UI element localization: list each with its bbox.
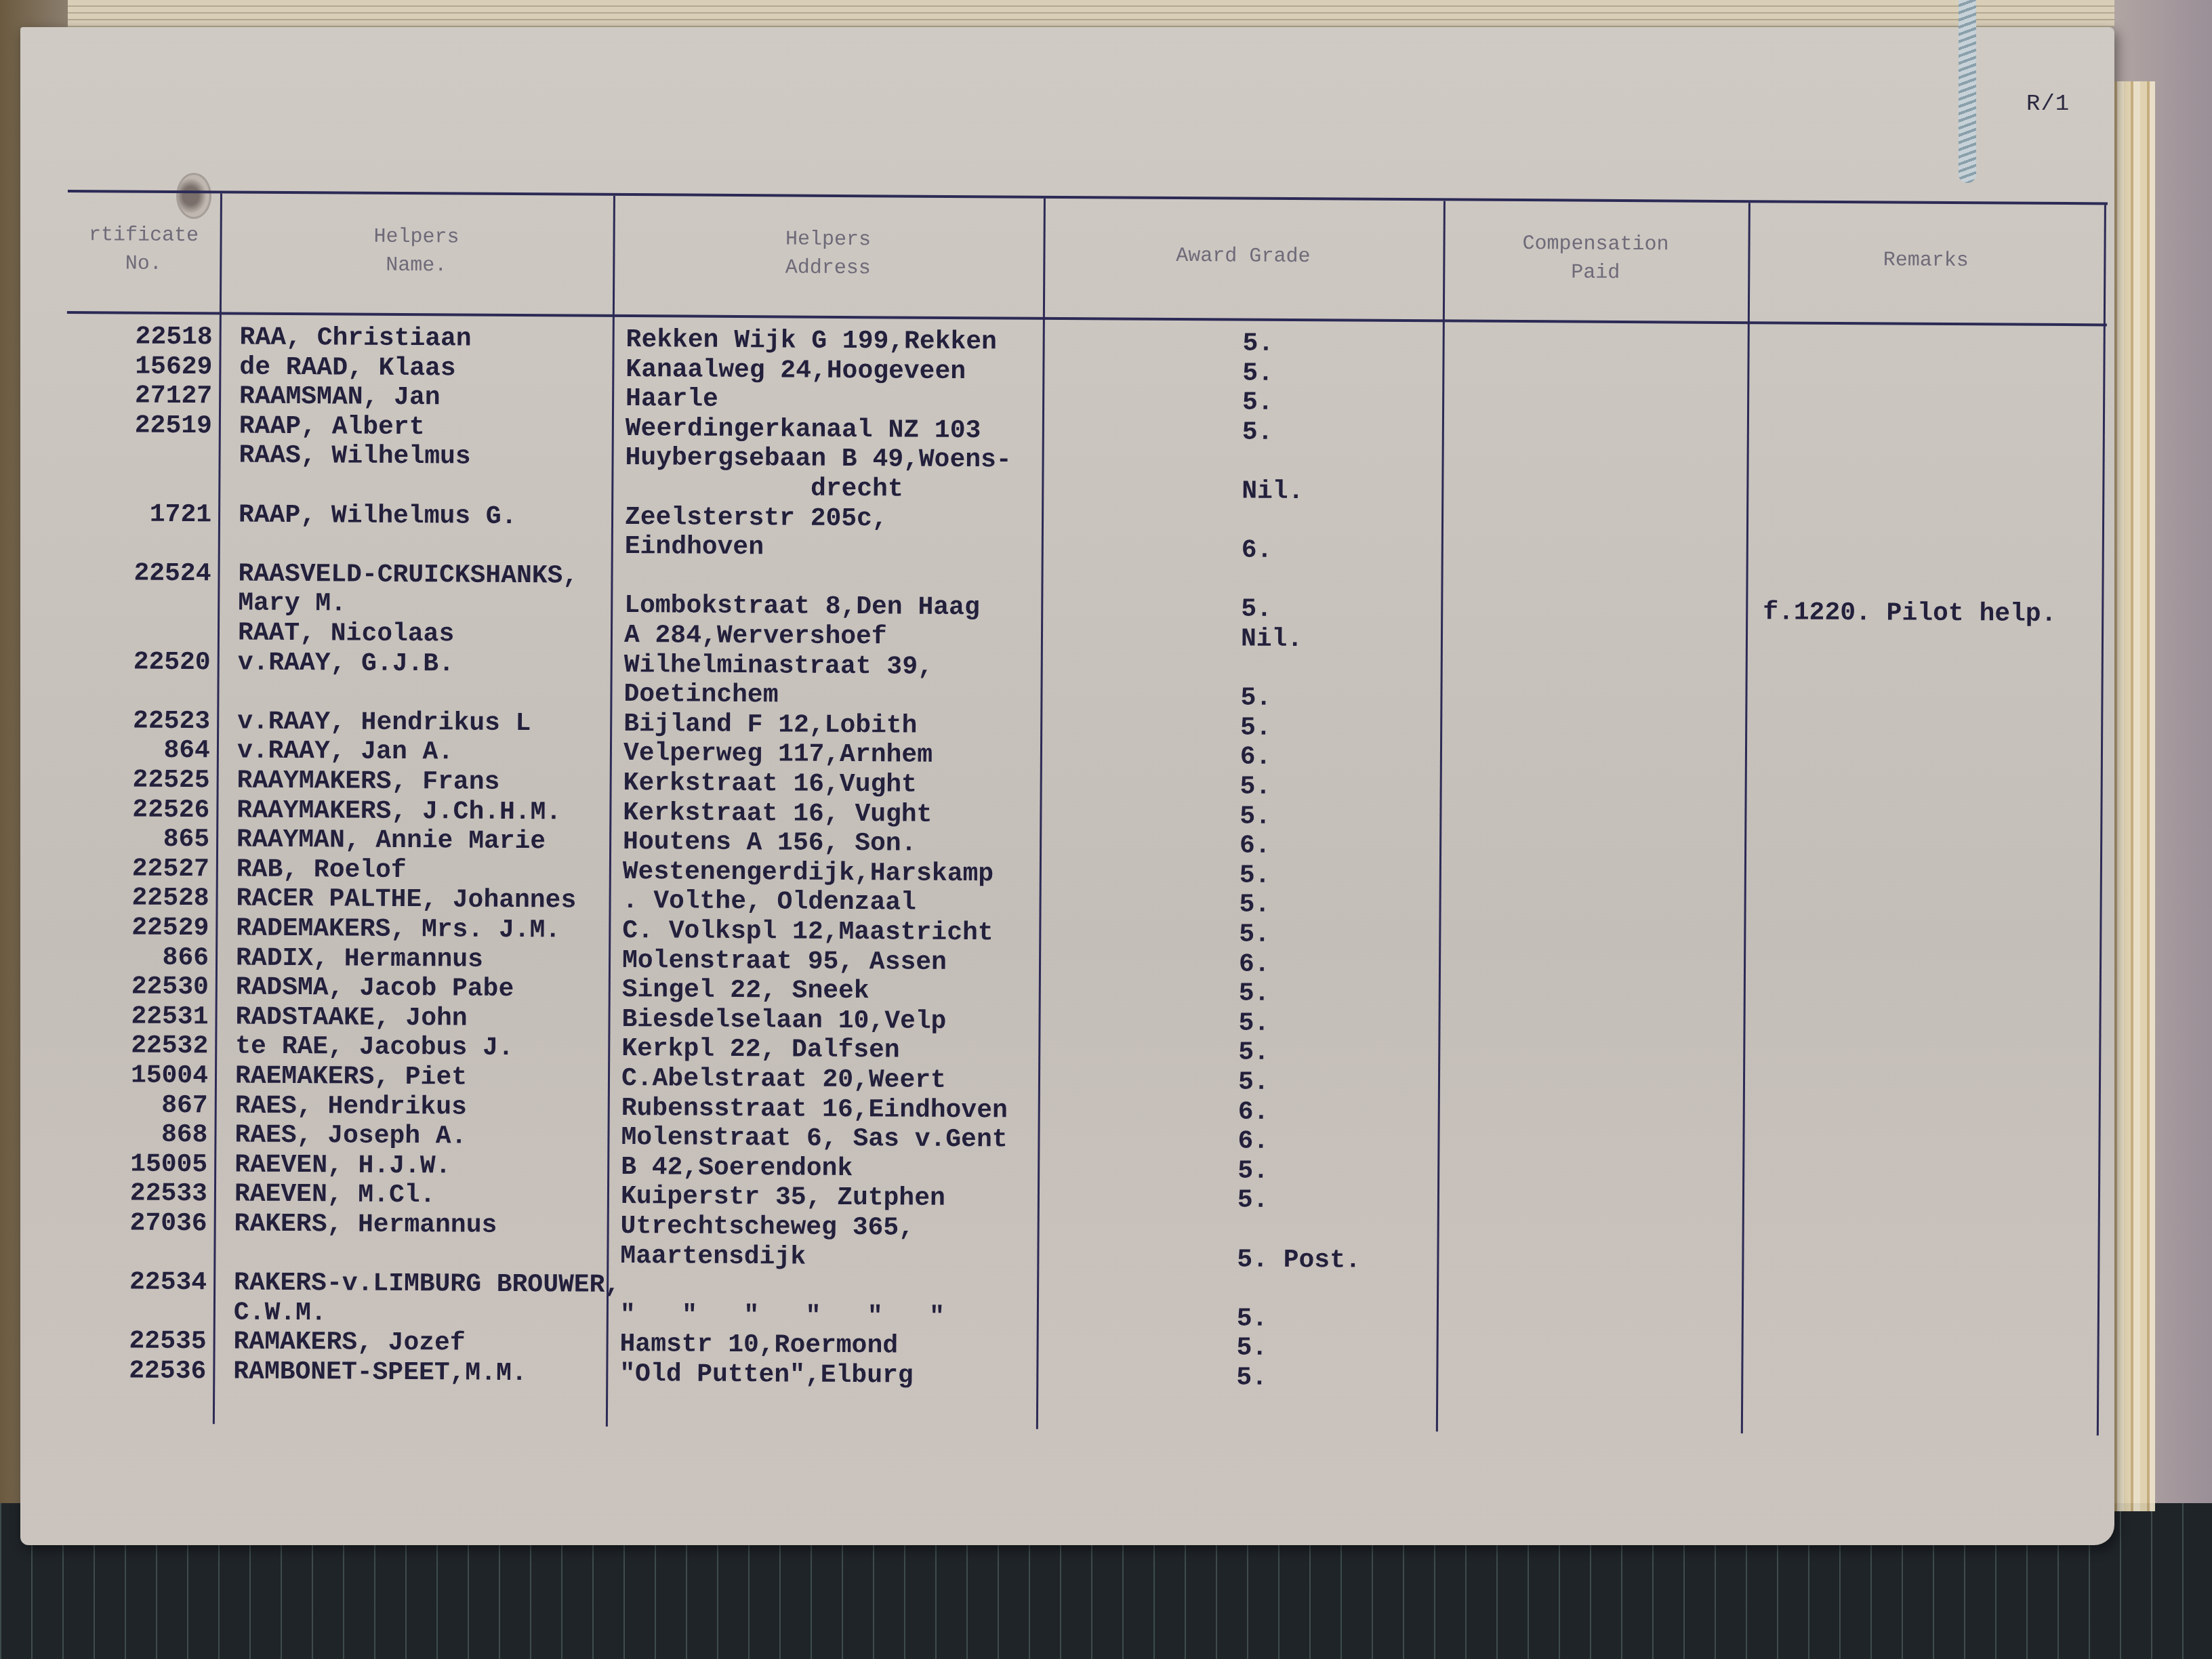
helper-address: Bijland F 12,Lobith (623, 710, 918, 741)
certificate-number: 27036 (62, 1208, 207, 1239)
column-header-remarks: Remarks (1748, 200, 2104, 321)
helper-address: Singel 22, Sneek (622, 975, 869, 1006)
certificate-number: 22536 (60, 1356, 206, 1387)
award-grade: 5. (1242, 417, 1273, 447)
helper-name: RAAP, Albert (239, 411, 425, 443)
column-header-certificate-no: rtificate No. (67, 190, 220, 309)
helper-address: Wilhelminastraat 39, (624, 651, 933, 682)
certificate-number: 22524 (65, 558, 211, 589)
helper-name: RAMBONET-SPEET,M.M. (233, 1357, 527, 1389)
helper-address: Kerkstraat 16,Vught (623, 769, 918, 800)
helper-address: Rekken Wijk G 199,Rekken (626, 325, 998, 357)
helper-address: Utrechtscheweg 365, (621, 1212, 915, 1244)
helper-name: C.W.M. (234, 1298, 327, 1328)
helper-address: Weerdingerkanaal NZ 103 (626, 414, 981, 446)
helper-name: RAAYMAN, Annie Marie (237, 825, 546, 857)
certificate-number: 15005 (62, 1149, 207, 1180)
certificate-number (66, 440, 212, 441)
helper-name: RAEMAKERS, Piet (235, 1062, 467, 1093)
certificate-number: 22525 (64, 765, 210, 796)
helper-address: Hamstr 10,Roermond (619, 1330, 898, 1361)
helper-name: RACER PALTHE, Johannes (236, 884, 576, 916)
helper-address: Molenstraat 95, Assen (622, 946, 947, 978)
certificate-number: 22519 (66, 411, 212, 441)
remarks: f.1220. Pilot help. (1763, 598, 2057, 630)
award-grade: 6. (1237, 1127, 1269, 1157)
award-grade: 5. (1239, 920, 1270, 950)
certificate-number: 15629 (66, 352, 212, 382)
helper-address: Lombokstraat 8,Den Haag (624, 591, 980, 623)
helper-address: Haarle (626, 384, 718, 415)
helper-name: te RAE, Jacobus J. (235, 1032, 514, 1064)
award-grade: 5. (1239, 979, 1270, 1009)
award-grade: Nil. (1242, 477, 1303, 508)
award-grade: 5. (1237, 1186, 1269, 1216)
certificate-number: 15004 (62, 1061, 208, 1091)
helper-name: RAA, Christiaan (240, 323, 472, 354)
helper-name: RADIX, Hermannus (236, 943, 483, 975)
helper-name: RAMAKERS, Jozef (233, 1328, 465, 1359)
helper-name: de RAAD, Klaas (239, 352, 456, 384)
helper-name: RAAT, Nicolaas (238, 619, 455, 650)
certificate-number: 864 (64, 735, 210, 766)
award-grade: 5. (1237, 1304, 1268, 1334)
helper-name: v.RAAY, Jan A. (237, 737, 454, 768)
helper-address: Zeelsterstr 205c, (625, 503, 888, 534)
certificate-number: 22518 (67, 322, 213, 352)
helper-name: RAAYMAKERS, Frans (237, 766, 500, 798)
award-grade: 5. (1240, 802, 1271, 832)
helper-address: . Volthe, Oldenzaal (622, 886, 916, 918)
helper-address: Velperweg 117,Arnhem (623, 739, 933, 771)
stacked-sheets-top (68, 0, 2114, 27)
helper-address: B 42,Soerendonk (621, 1153, 853, 1184)
award-grade: 6. (1238, 1097, 1269, 1127)
helper-name: Mary M. (238, 589, 346, 619)
helper-address: Huybergsebaan B 49,Woens- (625, 443, 1011, 475)
helper-address: Rubensstraat 16,Eindhoven (621, 1094, 1008, 1126)
certificate-number: 867 (62, 1090, 208, 1121)
helper-name: RAKERS-v.LIMBURG BROUWER, (234, 1269, 620, 1300)
helper-address: Eindhoven (625, 532, 764, 562)
certificate-number (65, 588, 211, 588)
certificate-number: 22535 (60, 1326, 206, 1357)
column-header-name: Helpers Name. (220, 190, 613, 312)
certificate-number: 22534 (61, 1267, 207, 1298)
helper-address: C.Abelstraat 20,Weert (621, 1064, 946, 1096)
helper-name: RAES, Joseph A. (234, 1121, 466, 1152)
certificate-number (65, 676, 211, 677)
award-grade: 5. (1240, 713, 1271, 743)
column-header-compensation-paid: Compensation Paid (1443, 198, 1748, 319)
certificate-number: 22533 (62, 1179, 207, 1209)
helper-address: drecht (625, 473, 903, 505)
helper-name: RAASVELD-CRUICKSHANKS, (238, 559, 578, 591)
helper-name: RADSMA, Jacob Pabe (236, 973, 514, 1005)
helper-address: A 284,Wervershoef (624, 621, 887, 652)
helper-address: Kuiperstr 35, Zutphen (621, 1182, 945, 1214)
award-grade: 5. (1241, 595, 1272, 625)
page-reference: R/1 (2026, 91, 2070, 117)
certificate-number: 27127 (66, 381, 212, 411)
certificate-number: 868 (62, 1120, 207, 1150)
award-grade: 5. (1238, 1008, 1269, 1038)
helper-name: RAAYMAKERS, J.Ch.H.M. (237, 796, 561, 827)
helper-address: Westenengerdijk,Harskamp (623, 857, 994, 889)
award-grade: 5. (1243, 329, 1274, 359)
award-grade: 5. (1240, 773, 1271, 802)
award-grade: 5. (1239, 890, 1270, 920)
column-header-address: Helpers Address (613, 193, 1044, 314)
certificate-number: 22532 (62, 1031, 208, 1061)
helper-name: v.RAAY, G.J.B. (238, 648, 455, 679)
certificate-number: 22531 (62, 1002, 208, 1032)
certificate-number: 22520 (65, 647, 211, 678)
award-grade: 6. (1242, 536, 1273, 566)
award-grade: 5. (1236, 1334, 1267, 1364)
certificate-number: 22528 (63, 883, 209, 914)
award-grade: 5. (1238, 1068, 1269, 1098)
certificate-number: 22530 (63, 972, 209, 1002)
helper-name: RADSTAAKE, John (235, 1002, 467, 1033)
award-grade: 5. (1242, 359, 1273, 388)
certificate-number (66, 529, 211, 529)
helper-address: Molenstraat 6, Sas v.Gent (621, 1123, 1007, 1155)
helper-name: RAEVEN, H.J.W. (234, 1150, 451, 1181)
helpers-ledger-table: rtificate No. Helpers Name. Helpers Addr… (60, 190, 2108, 1435)
certificate-number (66, 470, 211, 470)
worn-page-edges (2108, 81, 2155, 1511)
certificate-number: 22529 (63, 913, 209, 943)
helper-address: "Old Putten",Elburg (619, 1359, 914, 1391)
helper-name: RAES, Hendrikus (235, 1091, 467, 1122)
helper-address: Kerkstraat 16, Vught (623, 798, 932, 830)
award-grade: 5. (1240, 684, 1271, 714)
certificate-number: 865 (64, 824, 209, 855)
award-grade: 5. (1242, 388, 1273, 418)
award-grade: 6. (1240, 832, 1271, 861)
award-grade: 5. Post. (1237, 1245, 1361, 1275)
helper-name: RAAP, Wilhelmus G. (239, 500, 517, 532)
helper-name: RAKERS, Hermannus (234, 1210, 497, 1241)
helper-name: RAAMSMAN, Jan (239, 382, 441, 413)
helper-address: Kanaalweg 24,Hoogeveen (626, 355, 966, 387)
helper-address: " " " " " " (620, 1300, 945, 1332)
helper-address: Houtens A 156, Son. (623, 827, 917, 859)
award-grade: 5. (1237, 1156, 1269, 1186)
helper-address: Biesdelselaan 10,Velp (621, 1005, 946, 1037)
certificate-number: 866 (63, 943, 209, 973)
helper-name: RAAS, Wilhelmus (239, 441, 470, 472)
award-grade: 6. (1240, 743, 1271, 773)
certificate-number: 22523 (64, 706, 210, 737)
award-grade: 5. (1240, 861, 1271, 890)
certificate-number (62, 1238, 207, 1239)
helper-name: RADEMAKERS, Mrs. J.M. (236, 914, 560, 946)
binding-string (1959, 0, 1976, 183)
helper-name: RAEVEN, M.Cl. (234, 1180, 436, 1211)
certificate-number (61, 1297, 207, 1298)
award-grade: 5. (1238, 1038, 1269, 1068)
certificate-number: 22527 (64, 854, 209, 884)
certificate-number: 22526 (64, 795, 209, 825)
certificate-number: 1721 (66, 499, 211, 530)
column-header-award-grade: Award Grade (1043, 196, 1443, 317)
helper-address: C. Volkspl 12,Maastricht (622, 916, 994, 948)
award-grade: Nil. (1241, 625, 1303, 655)
helper-name: v.RAAY, Hendrikus L (237, 707, 531, 739)
helper-address: Kerkpl 22, Dalfsen (621, 1034, 900, 1066)
award-grade: 6. (1239, 949, 1270, 979)
helper-address: Doetinchem (623, 680, 778, 710)
award-grade: 5. (1236, 1364, 1267, 1393)
helper-name: RAB, Roelof (237, 855, 407, 886)
helper-address: Maartensdijk (620, 1242, 806, 1273)
certificate-number (65, 617, 211, 618)
